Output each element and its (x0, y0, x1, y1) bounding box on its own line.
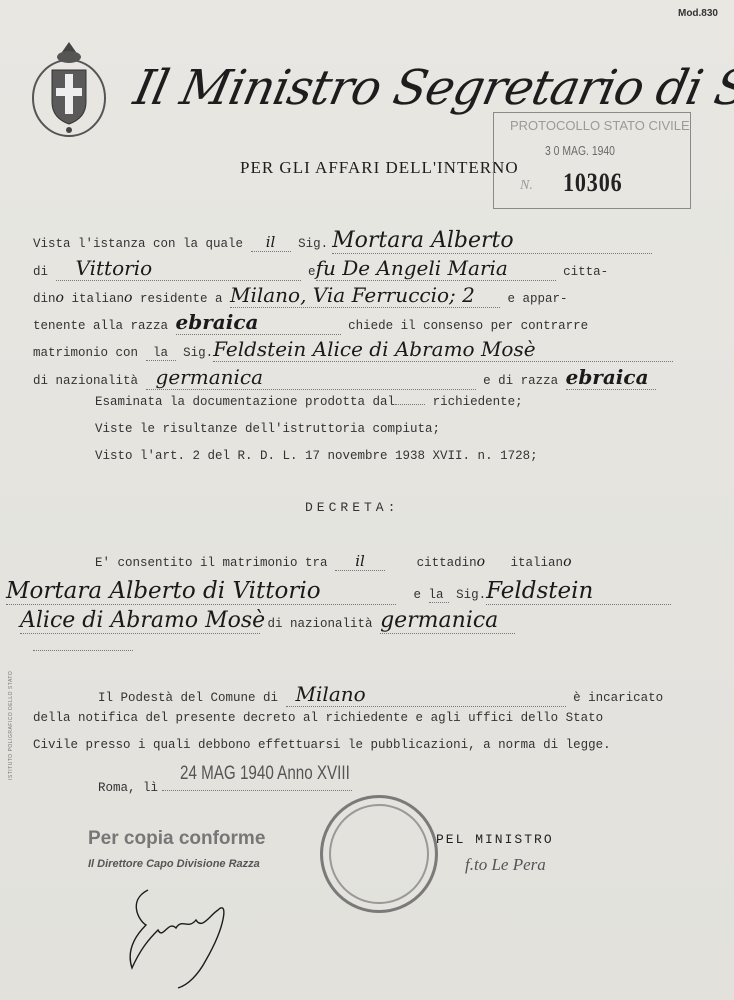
label: cittadin (417, 556, 477, 570)
printer-imprint: ISTITUTO POLIGRAFICO DELLO STATO (8, 671, 14, 780)
label: chiede il consenso per contrarre (348, 319, 588, 333)
suffix: o (56, 290, 64, 306)
protocol-stamp-header: PROTOCOLLO STATO CIVILE (510, 118, 690, 133)
label: E' consentito il matrimonio tra (95, 556, 328, 570)
label: Il Podestà del Comune di (98, 691, 278, 705)
bride-surname-field: Feldstein (486, 578, 671, 605)
body-line-2: di Vittorio efu De Angeli Maria citta- (33, 256, 608, 281)
protocol-number: 10306 (563, 168, 623, 198)
body-line-8: Viste le risultanze dell'istruttoria com… (95, 422, 440, 436)
label: citta- (563, 265, 608, 279)
decree-line-1: E' consentito il matrimonio tra il citta… (95, 552, 572, 571)
suffix: o (477, 554, 485, 570)
father-name-field: Vittorio (56, 256, 301, 281)
suffix: o (124, 290, 132, 306)
form-code: Mod.830 (678, 8, 718, 19)
label: din (33, 292, 56, 306)
body-line-3: dino italiano residente a Milano, Via Fe… (33, 283, 568, 308)
label: e appar- (507, 292, 567, 306)
date-stamp: 24 MAG 1940 Anno XVIII (180, 763, 350, 785)
bride-nationality-field: germanica (380, 608, 515, 634)
protocol-n-label: N. (520, 178, 533, 194)
mother-name-field: fu De Angeli Maria (316, 256, 556, 281)
label: italian (511, 556, 564, 570)
minister-label: PEL MINISTRO (436, 832, 554, 847)
applicant-name-field: Mortara Alberto (332, 228, 652, 254)
suffix: o (563, 554, 571, 570)
body-line-6: di nazionalità germanica e di razza ebra… (33, 365, 656, 390)
savoy-crest-icon (28, 40, 110, 140)
city-field: Milano (286, 682, 566, 707)
label: di nazionalità (268, 617, 373, 631)
director-stamp: Il Direttore Capo Divisione Razza (88, 858, 260, 870)
article-field: la (429, 588, 449, 603)
article-field: il (251, 233, 291, 252)
spouse-race-field: ebraica (566, 365, 656, 390)
label: Roma, lì (98, 781, 158, 795)
podesta-line-3: Civile presso i quali debbono effettuars… (33, 738, 611, 752)
official-seal-icon (320, 795, 438, 913)
decree-heading: DECRETA: (305, 500, 399, 515)
label: e (414, 588, 422, 602)
signature (118, 880, 278, 990)
label: Sig. (456, 588, 486, 602)
body-line-1: Vista l'istanza con la quale il Sig.Mort… (33, 228, 652, 254)
protocol-stamp-date: 3 0 MAG. 1940 (545, 143, 615, 158)
label: Esaminata la documentazione prodotta dal (95, 395, 395, 409)
body-line-5: matrimonio con la Sig.Feldstein Alice di… (33, 337, 673, 362)
letterhead-title: Il Ministro Segretario di Stato (129, 60, 734, 116)
podesta-line-2: della notifica del presente decreto al r… (33, 711, 603, 725)
article-field: il (335, 552, 385, 571)
body-line-4: tenente alla razza ebraica chiede il con… (33, 310, 588, 335)
spouse-name-field: Feldstein Alice di Abramo Mosè (213, 337, 673, 362)
race-field: ebraica (176, 310, 341, 335)
label: residente a (140, 292, 223, 306)
label: di nazionalità (33, 374, 138, 388)
label: Sig. (298, 237, 328, 251)
bride-name-field: Alice di Abramo Mosè (20, 608, 260, 634)
minister-signature-text: f.to Le Pera (465, 855, 546, 875)
label: è incaricato (573, 691, 663, 705)
address-field: Milano, Via Ferruccio; 2 (230, 283, 500, 308)
label: e di razza (483, 374, 558, 388)
label: di (33, 265, 48, 279)
groom-name-field: Mortara Alberto di Vittorio (6, 578, 396, 605)
body-line-9: Visto l'art. 2 del R. D. L. 17 novembre … (95, 449, 538, 463)
document-page: Mod.830 Il Ministro Segretario di Stato … (0, 0, 734, 1000)
label: richiedente; (433, 395, 523, 409)
blank-dotted-line (33, 650, 133, 651)
letterhead-subtitle: PER GLI AFFARI DELL'INTERNO (240, 158, 519, 178)
label: italian (71, 292, 124, 306)
decree-line-2: Mortara Alberto di Vittorio e la Sig.Fel… (6, 578, 671, 605)
label: Sig. (183, 346, 213, 360)
podesta-line-1: Il Podestà del Comune di Milano è incari… (98, 682, 663, 707)
article-field: la (146, 346, 176, 361)
decree-line-3: Alice di Abramo Mosè di nazionalità germ… (20, 608, 515, 634)
copy-stamp: Per copia conforme (88, 828, 265, 850)
nationality-field: germanica (146, 365, 476, 390)
label: tenente alla razza (33, 319, 168, 333)
label: Vista l'istanza con la quale (33, 237, 243, 251)
body-line-7: Esaminata la documentazione prodotta dal… (95, 395, 523, 409)
label: matrimonio con (33, 346, 138, 360)
label: e (308, 265, 316, 279)
